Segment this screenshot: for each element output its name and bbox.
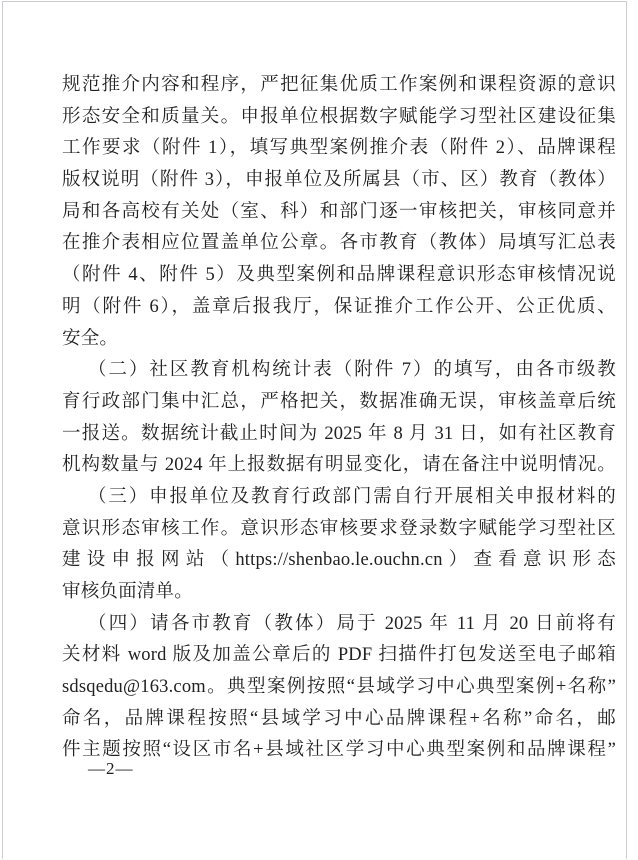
- doc-line: 局和各高校有关处（室、科）和部门逐一审核把关，审核同意并: [62, 197, 616, 229]
- doc-line: （三）申报单位及教育行政部门需自行开展相关申报材料的: [62, 482, 616, 514]
- doc-line: 一报送。数据统计截止时间为 2025 年 8 月 31 日，如有社区教育: [62, 419, 616, 451]
- doc-line: 件主题按照“设区市名+县域社区学习中心典型案例和品牌课程”: [62, 735, 616, 767]
- doc-line: 关材料 word 版及加盖公章后的 PDF 扫描件打包发送至电子邮箱: [62, 640, 616, 672]
- document-page: 规范推介内容和程序，严把征集优质工作案例和课程资源的意识 形态安全和质量关。申报…: [0, 0, 638, 860]
- doc-line: 审核负面清单。: [62, 577, 616, 609]
- doc-line: 明（附件 6），盖章后报我厅，保证推介工作公开、公正优质、: [62, 292, 616, 324]
- doc-line: 工作要求（附件 1），填写典型案例推介表（附件 2）、品牌课程: [62, 133, 616, 165]
- doc-line: 建设申报网站（https://shenbao.le.ouchn.cn）查看意识形…: [62, 545, 616, 577]
- doc-line: （二）社区教育机构统计表（附件 7）的填写，由各市级教: [62, 355, 616, 387]
- page-number: —2—: [88, 759, 134, 779]
- doc-line: 命名，品牌课程按照“县域学习中心品牌课程+名称”命名，邮: [62, 704, 616, 736]
- doc-line: 育行政部门集中汇总，严格把关，数据准确无误，审核盖章后统: [62, 387, 616, 419]
- doc-line: sdsqedu@163.com。典型案例按照“县域学习中心典型案例+名称”: [62, 672, 616, 704]
- doc-line: 在推介表相应位置盖单位公章。各市教育（教体）局填写汇总表: [62, 228, 616, 260]
- doc-line: 规范推介内容和程序，严把征集优质工作案例和课程资源的意识: [62, 70, 616, 102]
- doc-line: 形态安全和质量关。申报单位根据数字赋能学习型社区建设征集: [62, 102, 616, 134]
- doc-line: 安全。: [62, 324, 616, 356]
- doc-line: 机构数量与 2024 年上报数据有明显变化，请在备注中说明情况。: [62, 450, 616, 482]
- doc-line: （附件 4、附件 5）及典型案例和品牌课程意识形态审核情况说: [62, 260, 616, 292]
- doc-line: 版权说明（附件 3），申报单位及所属县（市、区）教育（教体）: [62, 165, 616, 197]
- doc-line: （四）请各市教育（教体）局于 2025 年 11 月 20 日前将有: [62, 609, 616, 641]
- doc-line: 意识形态审核工作。意识形态审核要求登录数字赋能学习型社区: [62, 514, 616, 546]
- document-body: 规范推介内容和程序，严把征集优质工作案例和课程资源的意识 形态安全和质量关。申报…: [62, 70, 616, 767]
